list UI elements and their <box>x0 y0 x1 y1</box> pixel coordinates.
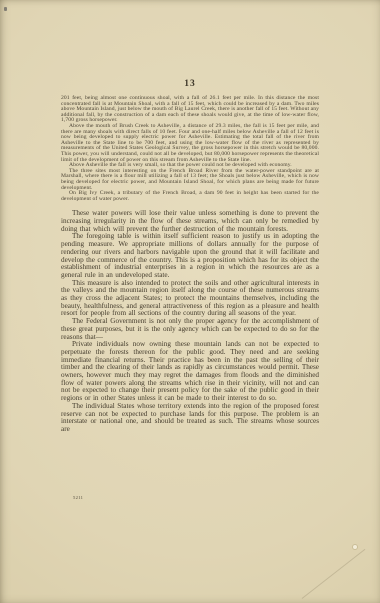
paragraph: The individual States whose territory ex… <box>61 403 319 434</box>
page-number: 13 <box>0 79 380 89</box>
scanned-page: 13 201 feet, being almost one continuous… <box>0 0 380 603</box>
text-column: 201 feet, being almost one continuous sh… <box>61 96 319 434</box>
printers-signature-mark: 5211 <box>73 495 83 500</box>
paragraph: The Federal Government is not only the p… <box>61 318 319 341</box>
paragraph: The three sites most interesting on the … <box>61 169 319 191</box>
paragraph: The foregoing table is within itself suf… <box>61 233 319 279</box>
paragraph: This measure is also intended to protect… <box>61 280 319 319</box>
paper-speck-icon <box>4 7 7 11</box>
paragraph: These water powers will lose their value… <box>61 210 319 233</box>
paragraph: Above the mouth of Brush Creek to Ashevi… <box>61 124 319 163</box>
paper-crease <box>302 549 366 599</box>
paragraph-continuation: 201 feet, being almost one continuous sh… <box>61 96 319 124</box>
paragraph: Private individuals now owning these mou… <box>61 341 319 403</box>
paper-speck-icon <box>352 544 358 550</box>
paragraph: On Big Ivy Creek, a tributary of the Fre… <box>61 191 319 202</box>
large-type-section: These water powers will lose their value… <box>61 210 319 433</box>
small-type-section: 201 feet, being almost one continuous sh… <box>61 96 319 202</box>
